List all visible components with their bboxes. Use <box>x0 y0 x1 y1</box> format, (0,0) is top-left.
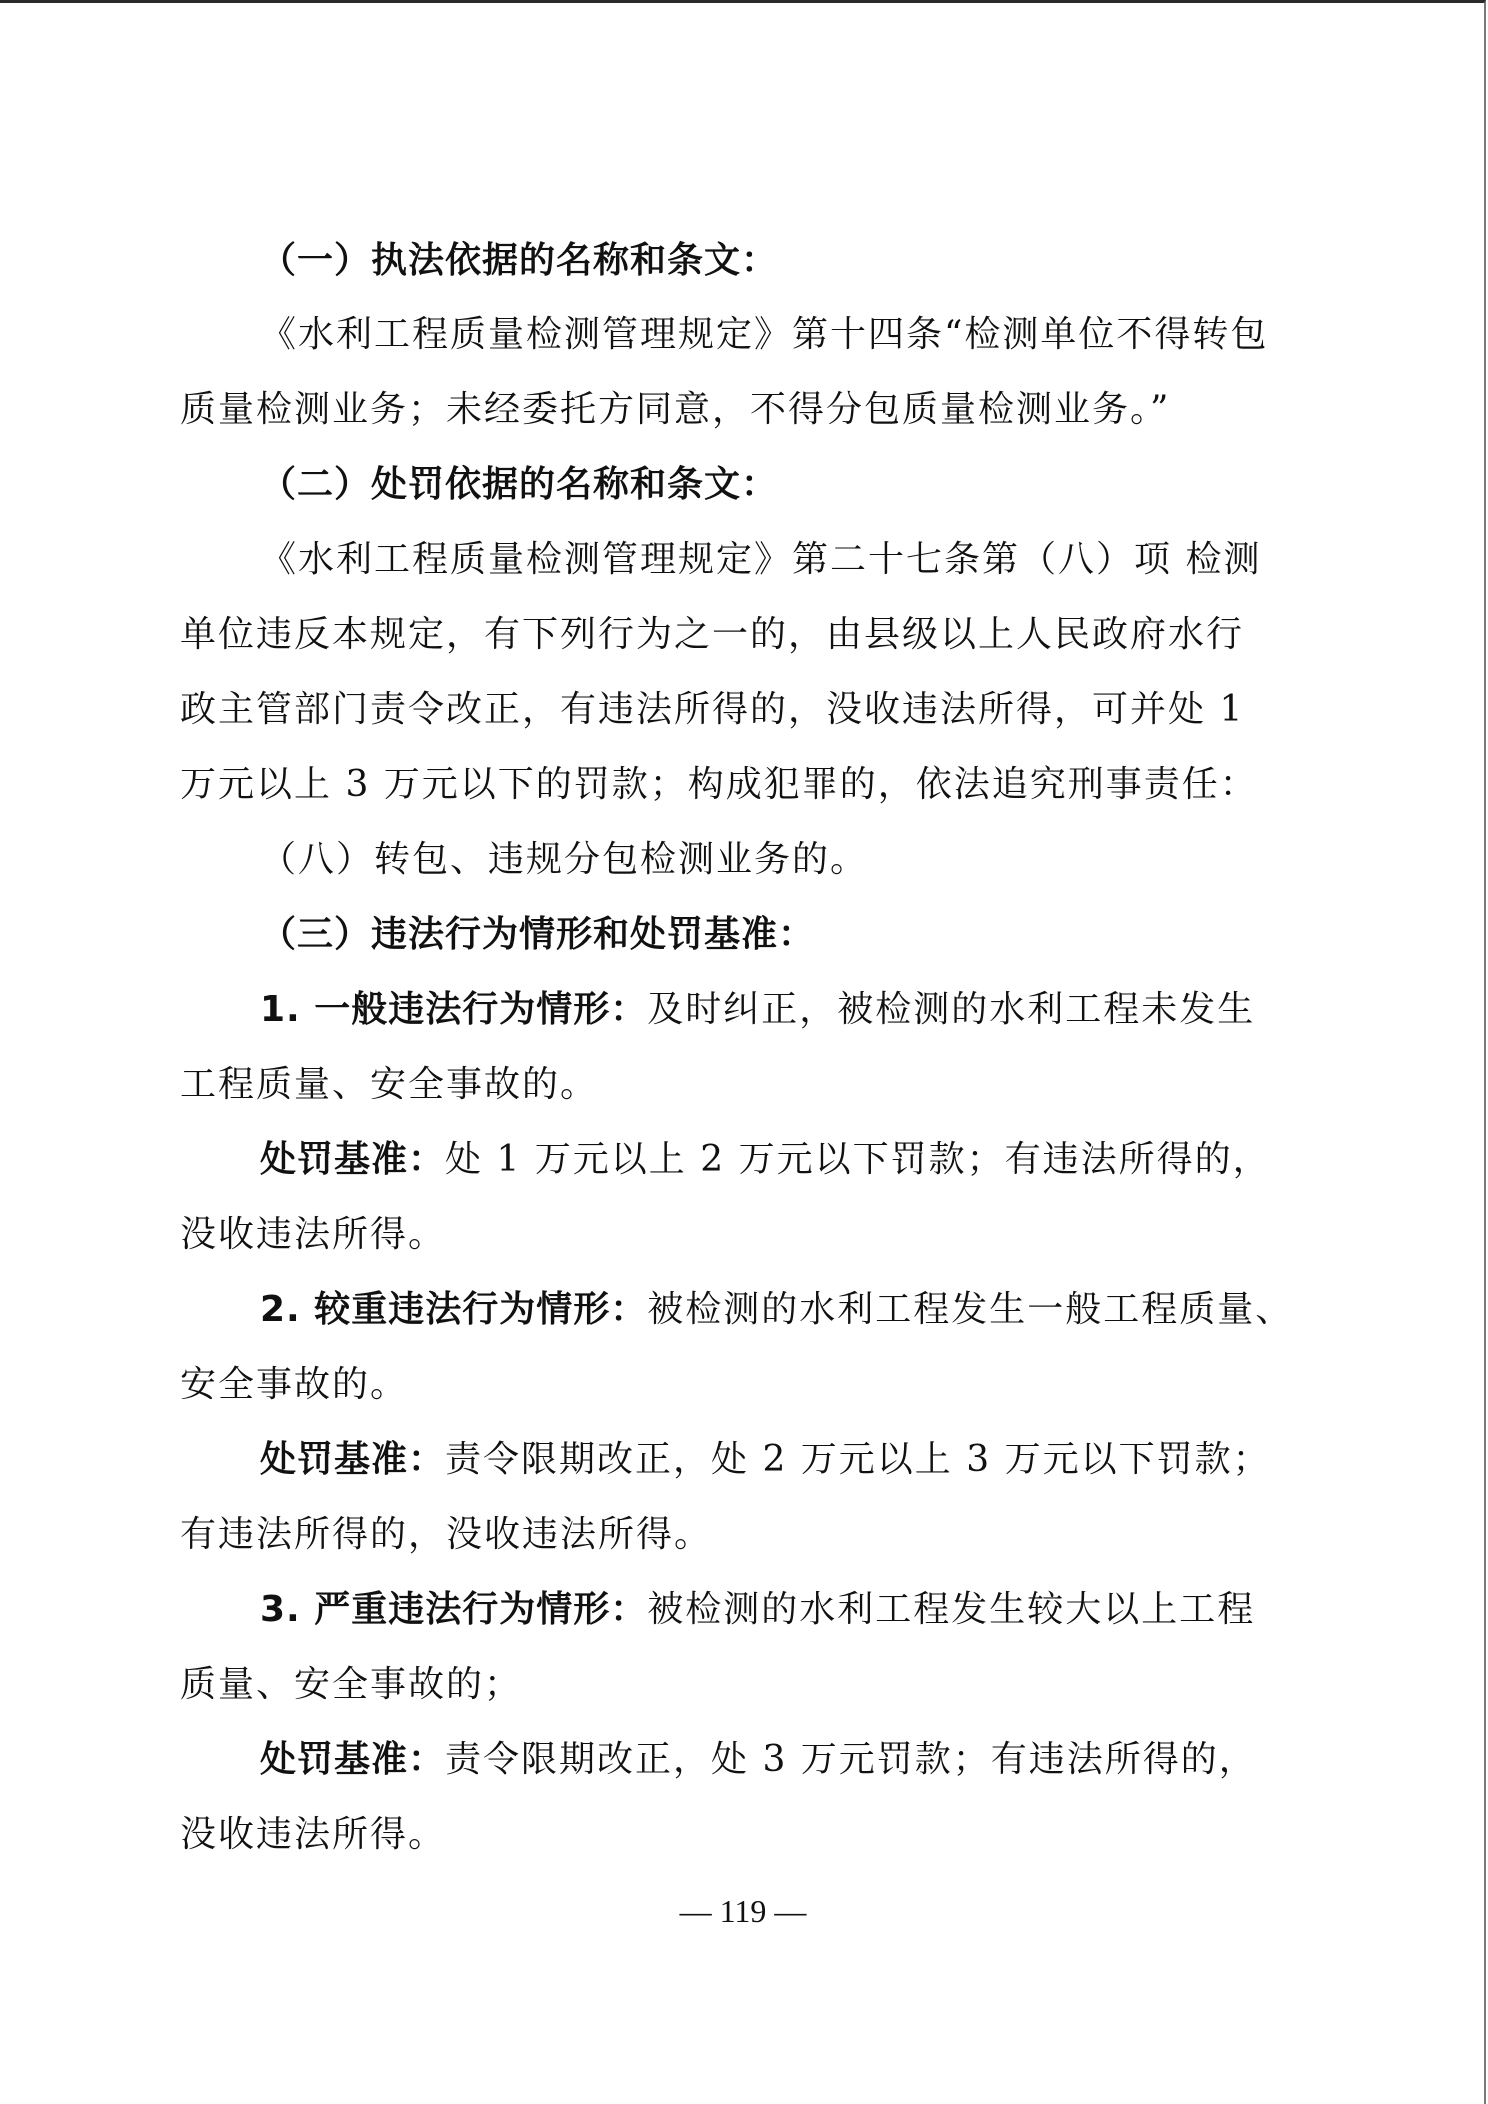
item-2-label: 2. 较重违法行为情形： <box>260 1289 647 1330</box>
item-1-situation: 1. 一般违法行为情形：及时纠正，被检测的水利工程未发生 <box>260 988 1390 1032</box>
item-1-penalty: 处罚基准：处 1 万元以上 2 万元以下罚款；有违法所得的， <box>260 1138 1390 1182</box>
item-3-label: 3. 严重违法行为情形： <box>260 1589 647 1630</box>
item-1-penalty-label: 处罚基准： <box>260 1139 445 1180</box>
document-page: （一）执法依据的名称和条文： 《水利工程质量检测管理规定》第十四条“检测单位不得… <box>0 0 1486 2104</box>
section-1-line-1: 《水利工程质量检测管理规定》第十四条“检测单位不得转包 <box>260 313 1390 357</box>
item-2-text-cont: 安全事故的。 <box>180 1363 1310 1407</box>
item-2-penalty-text: 责令限期改正，处 2 万元以上 3 万元以下罚款； <box>445 1439 1271 1480</box>
item-3-text: 被检测的水利工程发生较大以上工程 <box>647 1589 1255 1630</box>
item-2-penalty-label: 处罚基准： <box>260 1439 445 1480</box>
item-2-situation: 2. 较重违法行为情形：被检测的水利工程发生一般工程质量、 <box>260 1288 1390 1332</box>
item-3-penalty-label: 处罚基准： <box>260 1739 445 1780</box>
item-1-text-cont: 工程质量、安全事故的。 <box>180 1063 1310 1107</box>
item-2-penalty-cont: 有违法所得的，没收违法所得。 <box>180 1513 1310 1557</box>
item-2-penalty: 处罚基准：责令限期改正，处 2 万元以上 3 万元以下罚款； <box>260 1438 1390 1482</box>
section-2-line-4: 万元以上 3 万元以下的罚款；构成犯罪的，依法追究刑事责任： <box>180 763 1310 807</box>
section-heading-3: （三）违法行为情形和处罚基准： <box>260 913 1390 957</box>
item-1-penalty-text: 处 1 万元以上 2 万元以下罚款；有违法所得的， <box>445 1139 1271 1180</box>
section-2-line-3: 政主管部门责令改正，有违法所得的，没收违法所得，可并处 1 <box>180 688 1310 732</box>
item-3-penalty-text: 责令限期改正，处 3 万元罚款；有违法所得的， <box>445 1739 1257 1780</box>
section-heading-2: （二）处罚依据的名称和条文： <box>260 463 1390 507</box>
item-3-penalty: 处罚基准：责令限期改正，处 3 万元罚款；有违法所得的， <box>260 1738 1390 1782</box>
page-number: — 119 — <box>0 1891 1486 1931</box>
item-3-penalty-cont: 没收违法所得。 <box>180 1813 1310 1857</box>
item-1-label: 1. 一般违法行为情形： <box>260 989 647 1030</box>
item-1-penalty-cont: 没收违法所得。 <box>180 1213 1310 1257</box>
item-3-situation: 3. 严重违法行为情形：被检测的水利工程发生较大以上工程 <box>260 1588 1390 1632</box>
section-1-line-2: 质量检测业务；未经委托方同意，不得分包质量检测业务。” <box>180 388 1310 432</box>
section-2-line-2: 单位违反本规定，有下列行为之一的，由县级以上人民政府水行 <box>180 613 1310 657</box>
item-1-text: 及时纠正，被检测的水利工程未发生 <box>647 989 1255 1030</box>
section-heading-1: （一）执法依据的名称和条文： <box>260 239 1390 283</box>
section-2-line-5: （八）转包、违规分包检测业务的。 <box>260 838 1390 882</box>
item-3-text-cont: 质量、安全事故的； <box>180 1663 1310 1707</box>
item-2-text: 被检测的水利工程发生一般工程质量、 <box>647 1289 1293 1330</box>
section-2-line-1: 《水利工程质量检测管理规定》第二十七条第（八）项 检测 <box>260 538 1390 582</box>
